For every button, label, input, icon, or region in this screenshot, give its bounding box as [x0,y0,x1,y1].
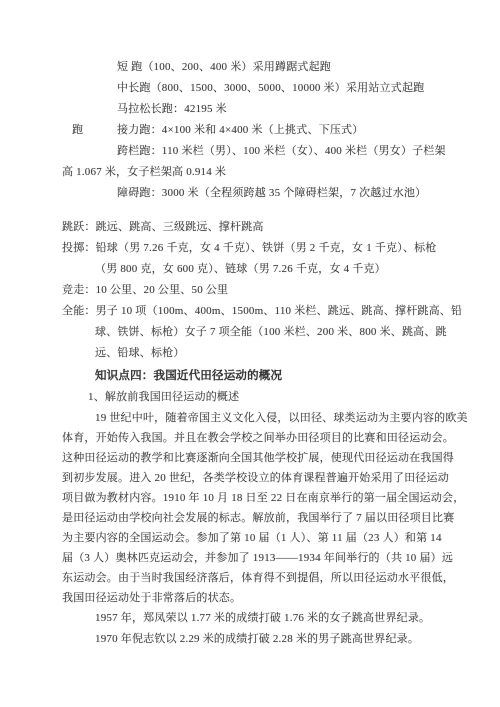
paragraph-line: 届（3 人）奥林匹克运动会，并参加了 1913——1934 年间举行的（共 10… [62,548,446,568]
events-section: 跳跃：跳远、跳高、三级跳远、撑杆跳高 投掷：铅球（男 7.26 千克，女 4 千… [62,217,446,364]
doc-line-hurdle-height: 高 1.067 米，女子栏架高 0.914 米 [62,162,446,183]
paragraph-line: 为主要内容的全国运动会。参加了第 10 届（1 人）、第 11 届（23 人）和… [62,528,446,548]
paragraph-line: 东运动会。由于当时我国经济落后，体育得不到提倡，所以田径运动水平很低， [62,568,446,588]
record-line-1970: 1970 年倪志钦以 2.29 米的成绩打破 2.28 米的男子跳高世界纪录。 [62,629,446,650]
doc-line-allround-2: 球、铁饼、标枪）女子 7 项全能（100 米栏、200 米、800 米、跳高、跳 [62,322,446,343]
record-line-1957: 1957 年，郑凤荣以 1.77 米的成绩打破 1.76 米的女子跳高世界纪录。 [62,608,446,629]
paragraph-line: 这种田径运动的教学和比赛逐渐向全国其他学校扩展，使现代田径运动在我国得 [62,448,446,468]
doc-line-marathon: 马拉松长跑：42195 米 [62,99,446,120]
doc-line-allround-3: 远、铅球、标枪） [62,343,446,364]
doc-line-middle-distance: 中长跑（800、1500、3000、5000、10000 米）采用站立式起跑 [62,78,446,99]
section-subheading: 1、解放前我国田径运动的概述 [62,387,446,408]
paragraph-line: 是田径运动由学校向社会发展的标志。解放前，我国举行了 7 届以田径项目比赛 [62,508,446,528]
section-gap [62,204,446,217]
section-heading: 知识点四：我国近代田径运动的概况 [62,366,446,387]
doc-line-allround-1: 全能：男子 10 项（100m、400m、1500m、110 米栏、跳远、跳高、… [62,301,446,322]
paragraph-line: 到初步发展。进入 20 世纪，各类学校设立的体育课程普遍开始采用了田径运动 [62,468,446,488]
doc-line-racewalk: 竞走：10 公里、20 公里、50 公里 [62,280,446,301]
paragraph-line: 19 世纪中叶，随着帝国主义文化入侵，以田径、球类运动为主要内容的欧美 [62,408,446,428]
paragraph-line: 体育，开始传入我国。并且在教会学校之间举办田径项目的比赛和田径运动会。 [62,428,446,448]
document-page: 短 跑（100、200、400 米）采用蹲踞式起跑 中长跑（800、1500、3… [0,0,500,707]
paragraph-line: 项目做为教材内容。1910 年 10 月 18 日至 22 日在南京举行的第一届… [62,488,446,508]
doc-line-hurdles: 跨栏跑：110 米栏（男）、100 米栏（女）、400 米栏（男女）子栏架 [62,141,446,162]
running-section: 短 跑（100、200、400 米）采用蹲踞式起跑 中长跑（800、1500、3… [62,57,446,204]
doc-line-jumping: 跳跃：跳远、跳高、三级跳远、撑杆跳高 [62,217,446,238]
doc-line-steeplechase: 障碍跑：3000 米（全程须跨越 35 个障碍栏架，7 次越过水池） [62,183,446,204]
doc-line-relay: 跑 接力跑：4×100 米和 4×400 米（上挑式、下压式） [62,120,446,141]
doc-line-throwing-2: （男 800 克，女 600 克）、链球（男 7.26 千克，女 4 千克） [62,259,446,280]
paragraph-line: 我国田径运动处于非常落后的状态。 [62,588,446,608]
records-section: 1957 年，郑凤荣以 1.77 米的成绩打破 1.76 米的女子跳高世界纪录。… [62,608,446,650]
doc-line-throwing-1: 投掷：铅球（男 7.26 千克，女 4 千克）、铁饼（男 2 千克，女 1 千克… [62,238,446,259]
history-paragraph: 19 世纪中叶，随着帝国主义文化入侵，以田径、球类运动为主要内容的欧美 体育，开… [62,408,446,608]
running-category-label: 跑 [72,120,83,141]
doc-line-sprint: 短 跑（100、200、400 米）采用蹲踞式起跑 [62,57,446,78]
relay-text: 接力跑：4×100 米和 4×400 米（上挑式、下压式） [117,124,363,136]
